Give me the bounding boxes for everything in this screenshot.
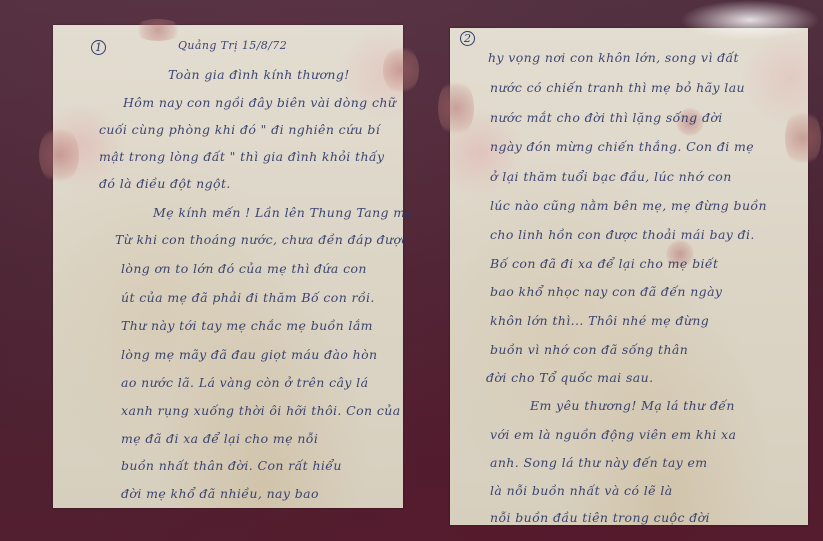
letter-line: cho linh hồn con được thoải mái bay đi. [490,227,755,242]
letter-line: đời cho Tổ quốc mai sau. [486,370,653,385]
paper-stain [39,125,79,185]
letter-line: bao khổ nhọc nay con đã đến ngày [490,284,722,299]
letter-line: Hôm nay con ngồi đây biên vài dòng chữ [123,95,396,110]
letter-line: xanh rụng xuống thời ôi hỡi thôi. Con củ… [121,403,401,418]
letter-line: buồn nhất thân đời. Con rất hiểu [121,458,342,473]
letter-line: khôn lớn thì... Thôi nhé mẹ đừng [490,313,709,328]
letter-line: ở lại thăm tuổi bạc đầu, lúc nhớ con [490,169,732,184]
letter-line: mật trong lòng đất " thì gia đình khỏi t… [99,149,384,164]
letter-line: lòng mẹ mãy đã đau giọt máu đào hòn [121,347,377,362]
letter-line: mẹ đã đi xa để lại cho mẹ nỗi [121,431,318,446]
letter-line: đó là điều đột ngột. [99,176,231,191]
paper-stain [785,108,821,168]
page-number-badge: 2 [460,31,475,46]
paper-stain [383,45,419,95]
letter-line: út của mẹ đã phải đi thăm Bố con rồi. [121,290,375,305]
letter-line: nước mắt cho đời thì lặng sống đời [490,110,723,125]
letter-page-2: 2 hy vọng nơi con khôn lớn, song vì đất … [450,28,808,525]
letter-line: anh. Song lá thư này đến tay em [490,455,708,470]
letter-line: nước có chiến tranh thì mẹ bỏ hãy lau [490,80,745,95]
letter-line: Thư này tới tay mẹ chắc mẹ buồn lắm [121,318,373,333]
letter-line: Từ khi con thoáng nước, chưa đền đáp đượ… [115,232,409,247]
letter-line: ngày đón mừng chiến thắng. Con đi mẹ [490,139,754,154]
letter-page-1: 1 Quảng Trị 15/8/72 Toàn gia đình kính t… [53,25,403,508]
letter-greeting: Toàn gia đình kính thương! [168,67,350,82]
letter-line: hy vọng nơi con khôn lớn, song vì đất [488,50,739,65]
letter-line: nỗi buồn đầu tiên trong cuộc đời [490,510,710,525]
letter-line: đời mẹ khổ đã nhiều, nay bao [121,486,319,501]
paper-stain [438,78,474,138]
paper-stain [133,19,183,41]
page-number-badge: 1 [91,40,106,55]
letter-header-date: Quảng Trị 15/8/72 [178,39,287,52]
letter-line: cuối cùng phòng khi đó " đi nghiên cứu b… [99,122,380,137]
letter-line: với em là nguồn động viên em khi xa [490,427,736,442]
letter-line: lúc nào cũng nằm bên mẹ, mẹ đừng buồn [490,198,767,213]
letter-line: lòng ơn to lớn đó của mẹ thì đứa con [121,261,367,276]
letter-line: buồn vì nhớ con đã sống thân [490,342,688,357]
letter-line: Bố con đã đi xa để lại cho mẹ biết [490,256,718,271]
letter-line: là nỗi buồn nhất và có lẽ là [490,483,673,498]
letter-line: Mẹ kính mến ! Lần lên Thung Tang mẹ [153,205,413,220]
letter-line: ao nước lã. Lá vàng còn ở trên cây lá [121,375,368,390]
letter-line: Em yêu thương! Mạ lá thư đến [530,398,735,413]
